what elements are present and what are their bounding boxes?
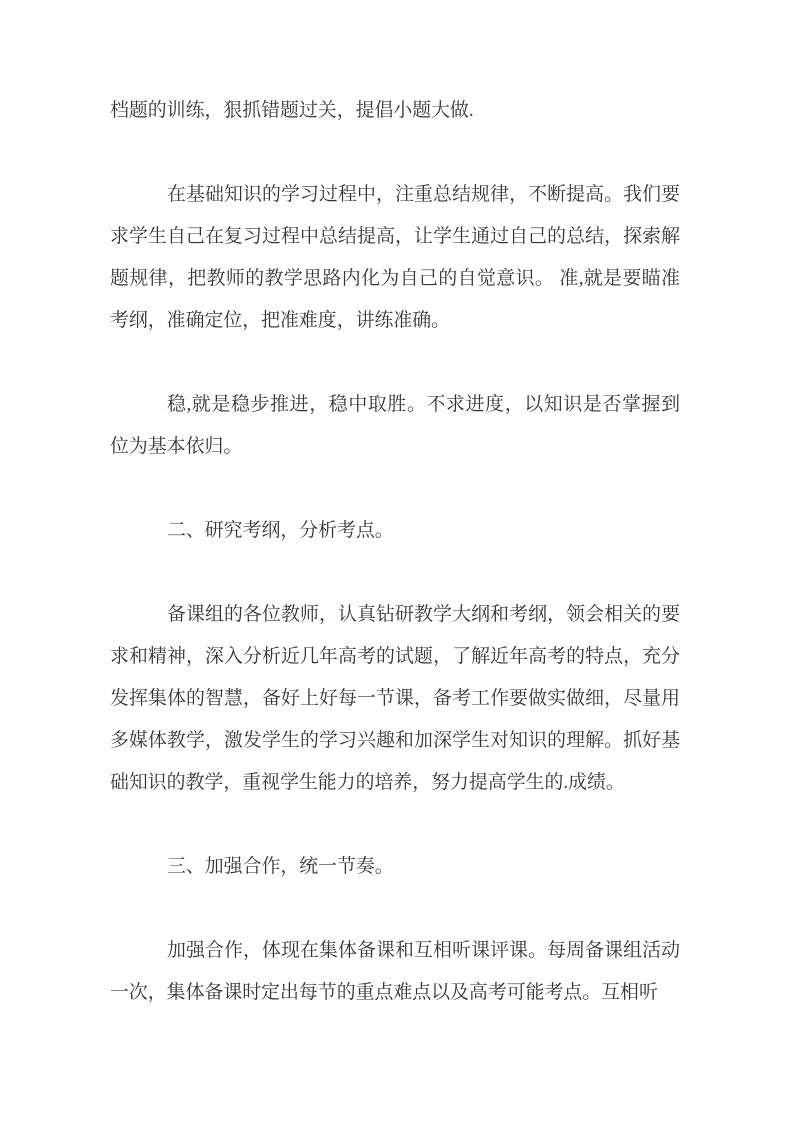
paragraph: 加强合作，体现在集体备课和互相听课评课。每周备课组活动一次，集体备课时定出每节的…: [110, 930, 680, 1014]
document-body: 档题的训练，狠抓错题过关，提倡小题大做.在基础知识的学习过程中，注重总结规律，不…: [110, 90, 680, 1014]
section-heading: 二、研究考纲，分析考点。: [110, 510, 680, 552]
paragraph: 档题的训练，狠抓错题过关，提倡小题大做.: [110, 90, 680, 132]
section-heading: 三、加强合作，统一节奏。: [110, 846, 680, 888]
paragraph: 在基础知识的学习过程中，注重总结规律，不断提高。我们要求学生自己在复习过程中总结…: [110, 174, 680, 342]
paragraph: 稳,就是稳步推进，稳中取胜。不求进度，以知识是否掌握到位为基本依归。: [110, 384, 680, 468]
document-page: 档题的训练，狠抓错题过关，提倡小题大做.在基础知识的学习过程中，注重总结规律，不…: [0, 0, 793, 1122]
paragraph: 备课组的各位教师，认真钻研教学大纲和考纲，领会相关的要求和精神，深入分析近几年高…: [110, 594, 680, 804]
